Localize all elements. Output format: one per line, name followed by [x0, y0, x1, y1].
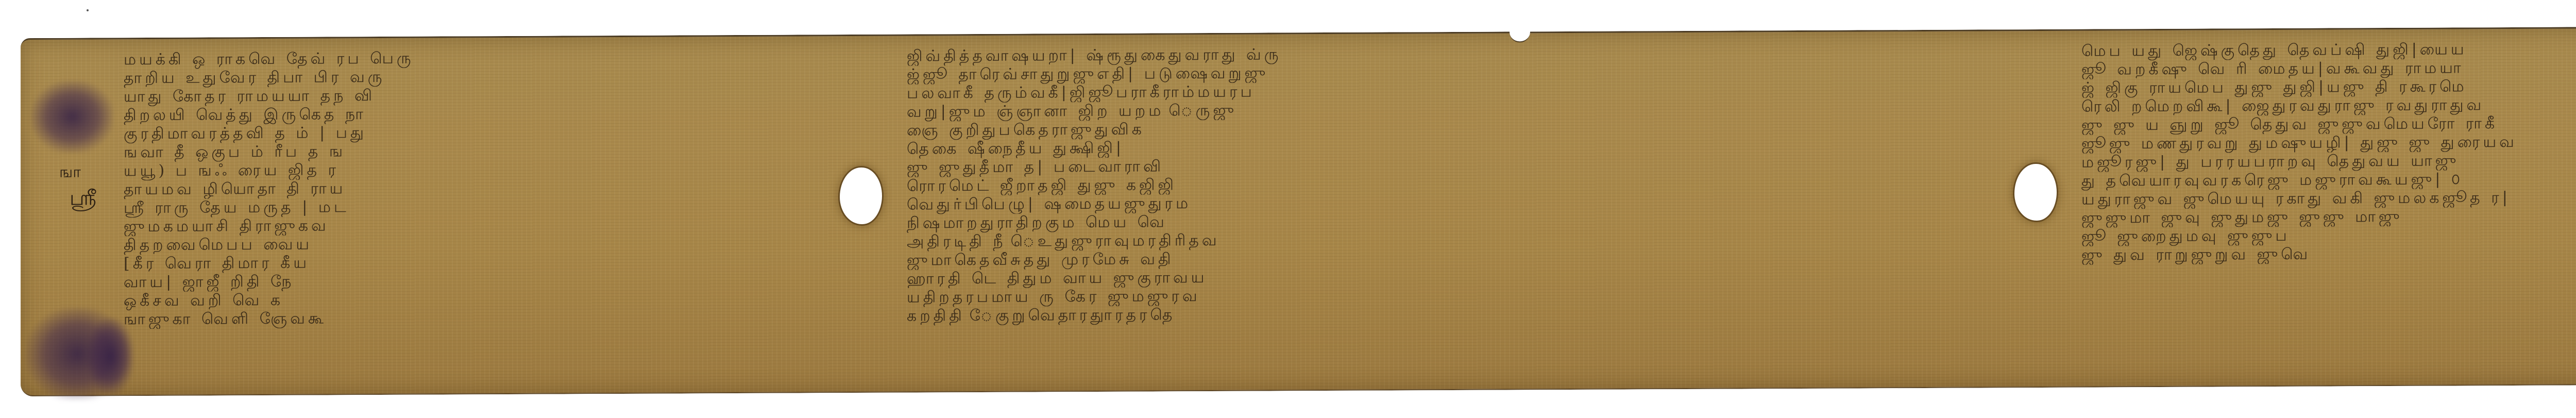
left-margin-mark: ஸ்ரீ: [70, 186, 96, 212]
leaf-top-notch: [1510, 31, 1530, 42]
text-line: திதறவைமெபப வைய: [124, 233, 819, 255]
text-line: ரெலி றமெறவிகூ| ஜைதுரவதுராஜு ரவதுராதுவ: [2081, 95, 2576, 116]
palm-leaf: ஙா ஸ்ரீ மயக்கி ஒ ராகவெ தேவ் ரப பெரு தாறி…: [21, 26, 2576, 396]
text-line: யதுராஜுவ ஜுமெயயு ரகாது வகி ஜுமலகஜூத ர|: [2081, 188, 2576, 209]
text-line: ஜ் ஜிகு ராயமெப துஜு துஜி|யஜு தி ரகூரமெ: [2081, 76, 2576, 98]
text-line: தாறிய உதுவேர திபா பிர வரு: [124, 66, 819, 88]
text-line: குரதிமாவரத்தவி த ம் | பது: [124, 122, 819, 143]
binding-hole-right: [2014, 164, 2057, 221]
text-line: திறலயி வெத்து இருகெத நா: [124, 103, 819, 125]
text-block-center: ஜிவ்தித்தவாஷயறா| ஷ்ரூதுகைதுவராது வ்ரு ஜ்…: [907, 42, 1989, 325]
text-line: ஜூ ஜுறைதுமவு ஜுஜுப: [2081, 225, 2576, 246]
text-line: யாது கோதர ராமயயா தந வி: [124, 85, 819, 106]
text-line: ஜூ வறகீஷு வெ ரி மைதய|வகூவது ராமயா: [2081, 58, 2576, 79]
text-line: ஙாஜுகா வெளி ஞேவகூ: [124, 307, 819, 329]
manuscript-page: ஙா ஸ்ரீ மயக்கி ஒ ராகவெ தேவ் ரப பெரு தாறி…: [0, 0, 2576, 418]
text-line: தாயமவ ழியொதா தி ராய: [124, 177, 819, 199]
left-margin-note: ஙா: [59, 163, 81, 183]
text-line: ஜுஜுமா ஜுவு ஜுதுமஜு ஜுஜு மாஜு: [2081, 206, 2576, 228]
text-line: மயக்கி ஒ ராகவெ தேவ் ரப பெரு: [124, 47, 819, 69]
text-line: ஒகீசவ வறி வெ க: [124, 289, 819, 310]
text-line: ஙவா தீ ஒகுப ம் ரீப த ங: [124, 140, 819, 162]
binding-hole-left: [840, 168, 882, 224]
text-line: வாய| ஜாஜீ றிதி நே: [124, 270, 819, 292]
text-line: யயூ) ப ஙஃ ரைய ஜித ர: [124, 159, 819, 180]
text-line: ஜு துவ ராறுஜுறுவ ஜுவெ: [2081, 243, 2576, 265]
ink-smudge-bottom-left-2: [88, 317, 134, 395]
text-line: ஸ்ரீ ராரு தேய மருத | மட: [124, 196, 819, 218]
text-line: ஜுமகமயாசி திராஜுகவ: [124, 214, 819, 236]
ink-smudge-top-left: [31, 80, 113, 153]
text-line: [கீர வெரா திமார கீய: [124, 252, 819, 273]
text-block-left: மயக்கி ஒ ராகவெ தேவ் ரப பெரு தாறிய உதுவேர…: [124, 47, 819, 329]
dust-speck: [87, 9, 89, 11]
text-line: மெப யது ஜெஷ்குதெது தெவப்ஷி துஜி|யைய: [2081, 39, 2576, 61]
text-line: து தவெயாரவுவரகரெஜு மஜுராவகூயஜு| ௦: [2081, 169, 2576, 191]
text-line: மஜூரஜு| து பரரயபராறவு தெதுவய யாஜு: [2081, 151, 2576, 172]
text-block-right: மெப யது ஜெஷ்குதெது தெவப்ஷி துஜி|யைய ஜூ வ…: [2081, 39, 2576, 265]
text-line: ஜூஜு மணதுரவறு துமஷுயழி| துஜு ஜு துரையவ: [2081, 132, 2576, 154]
text-line: ஜு ஜு ய ஞுறு ஜூ தெதுவ ஜுஜுவமெயரோ ராகீ: [2081, 113, 2576, 135]
